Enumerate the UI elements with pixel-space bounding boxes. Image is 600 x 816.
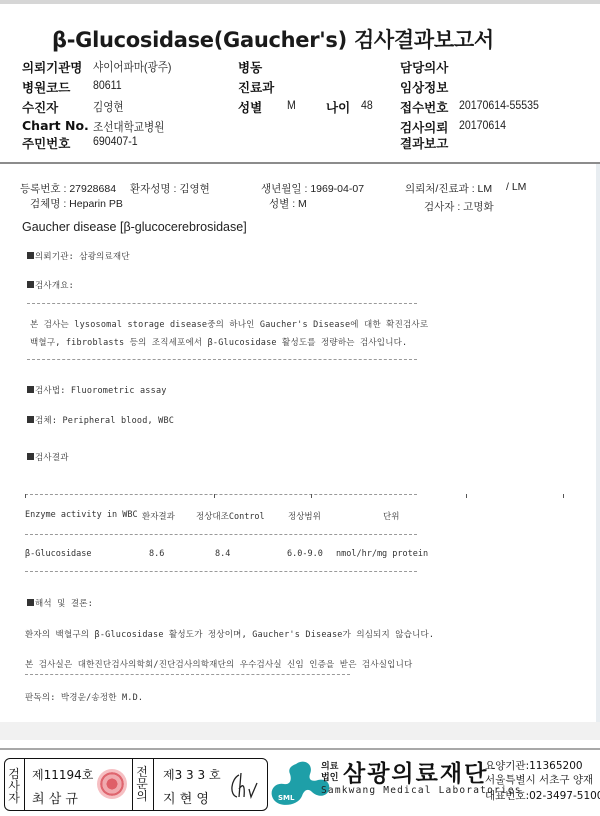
specimen-name: 검체명 : Heparin PB — [30, 196, 123, 211]
footer-divider — [0, 748, 600, 750]
specialist-label-text: 전문의 — [136, 766, 148, 802]
report-footer: 검사자 제11194호 최 삼 규 전문의 제3 3 3 호 지 현 영 SML… — [0, 748, 600, 816]
bullet-square-icon — [27, 252, 34, 259]
col-header-normal-control: 정상대조Control — [196, 510, 265, 522]
report-panel: 등록번호 : 27928684 환자성명 : 김영현 생년월일 : 1969-0… — [0, 164, 600, 748]
referral-department: 의뢰처/진료과 : LM — [405, 181, 492, 196]
age-label: 나이 — [326, 98, 350, 116]
org-name: 삼광의료재단 — [343, 755, 488, 788]
section-results-heading: 검사결과 — [27, 451, 69, 463]
header-row-2: 병원코드 80611 진료과 임상정보 — [0, 78, 600, 96]
table-tick — [214, 494, 215, 498]
report-header: β-Glucosidase(Gaucher's) 검사결과보고서 의뢰기관명 샤… — [0, 4, 600, 162]
chart-no-value: 조선대학교병원 — [93, 118, 164, 135]
section-results-heading-text: 검사결과 — [35, 453, 69, 463]
bullet-square-icon — [27, 599, 34, 606]
patient-sex: 성별 : M — [269, 196, 307, 211]
bullet-square-icon — [27, 386, 34, 393]
department-label: 진료과 — [238, 78, 274, 96]
page-title: β-Glucosidase(Gaucher's) 검사결과보고서 — [52, 24, 494, 54]
org-prefix: 의료 법인 — [321, 762, 338, 784]
institution-label: 의뢰기관명 — [22, 58, 82, 76]
table-tick — [311, 494, 312, 498]
section-overview-heading: 검사개요: — [27, 279, 74, 291]
dashed-divider — [25, 674, 350, 675]
table-header-border — [25, 534, 417, 535]
org-prefix-line1: 의료 — [321, 762, 338, 772]
section-specimen: 검체: Peripheral blood, WBC — [27, 414, 174, 426]
bullet-square-icon — [27, 416, 34, 423]
panel-right-border — [596, 164, 600, 724]
resident-no-value: 690407-1 — [93, 134, 138, 148]
examinee-label: 수진자 — [22, 98, 58, 116]
cell-normal-control: 8.4 — [215, 549, 230, 559]
doctor-label: 담당의사 — [400, 58, 448, 76]
ward-label: 병동 — [238, 58, 262, 76]
org-address: 서울특별시 서초구 양재 — [485, 772, 593, 787]
specialist-label-cell: 전문의 — [132, 759, 154, 810]
cell-enzyme: β-Glucosidase — [25, 549, 92, 559]
signature-box: 검사자 제11194호 최 삼 규 전문의 제3 3 3 호 지 현 영 — [4, 758, 268, 811]
col-header-normal-range: 정상범위 — [288, 510, 321, 522]
section-interpretation-heading: 해석 및 결론: — [27, 597, 93, 609]
table-top-border — [25, 494, 417, 495]
dashed-divider — [27, 303, 417, 304]
interpretation-line-1: 환자의 백혈구의 β-Glucosidase 활성도가 정상이며, Gauche… — [25, 628, 434, 640]
spacer — [5, 759, 136, 810]
signature-icon — [227, 771, 263, 801]
hospital-code-label: 병원코드 — [22, 78, 70, 96]
svg-text:SML: SML — [278, 794, 295, 802]
section-overview-heading-text: 검사개요: — [35, 281, 74, 291]
cell-patient-result: 8.6 — [149, 549, 164, 559]
referral-department-2: / LM — [506, 181, 526, 193]
table-tick — [25, 494, 26, 498]
overview-line-2: 백혈구, fibroblasts 등의 조직세포에서 β-Glucosidase… — [30, 336, 407, 348]
specialist-name: 지 현 영 — [163, 788, 209, 807]
tester-name: 검사자 : 고명화 — [424, 199, 494, 214]
bullet-square-icon — [27, 453, 34, 460]
header-row-1: 의뢰기관명 샤이어파마(광주) 병동 담당의사 — [0, 58, 600, 76]
accreditation-statement: 본 검사실은 대한진단검사의학회/진단검사의학재단의 우수검사실 신임 인증을 … — [25, 658, 412, 670]
section-interpretation-heading-text: 해석 및 결론: — [35, 599, 93, 609]
cell-unit: nmol/hr/mg protein — [336, 549, 428, 559]
dashed-divider — [27, 359, 417, 360]
org-phone: 대표번호:02-3497-5100 — [485, 788, 600, 803]
org-prefix-line2: 법인 — [321, 773, 338, 783]
section-method-text: 검사법: Fluorometric assay — [35, 386, 167, 396]
section-specimen-text: 검체: Peripheral blood, WBC — [35, 416, 174, 426]
result-report-label: 결과보고 — [400, 134, 448, 152]
col-header-patient-result: 환자결과 — [142, 510, 175, 522]
table-tick — [563, 494, 564, 498]
header-row-3: 수진자 김영현 성별 M 나이 48 접수번호 20170614-55535 — [0, 98, 600, 116]
section-method: 검사법: Fluorometric assay — [27, 384, 167, 396]
institution-value: 샤이어파마(광주) — [93, 58, 171, 75]
overview-line-1: 본 검사는 lysosomal storage disease중의 하나인 Ga… — [30, 318, 428, 330]
section-institution-text: 의뢰기관: 삼광의료재단 — [35, 252, 130, 262]
specialist-license: 제3 3 3 호 — [163, 766, 221, 783]
table-bottom-border — [25, 571, 417, 572]
receipt-no-label: 접수번호 — [400, 98, 448, 116]
receipt-no-value: 20170614-55535 — [459, 98, 539, 112]
hospital-code-value: 80611 — [93, 78, 122, 92]
sex-label: 성별 — [238, 98, 262, 116]
resident-no-label: 주민번호 — [22, 134, 70, 152]
col-header-unit: 단위 — [383, 510, 399, 522]
test-title: Gaucher disease [β-glucocerebrosidase] — [22, 220, 247, 234]
bullet-square-icon — [27, 281, 34, 288]
section-institution: 의뢰기관: 삼광의료재단 — [27, 250, 130, 262]
reading-physician: 판독의: 박경운/송정한 M.D. — [25, 691, 143, 703]
sex-value: M — [287, 98, 296, 112]
age-value: 48 — [361, 98, 373, 112]
table-tick — [466, 494, 467, 498]
test-request-value: 20170614 — [459, 118, 506, 132]
panel-bottom-strip — [0, 722, 600, 740]
examinee-value: 김영현 — [93, 98, 124, 115]
birth-date: 생년월일 : 1969-04-07 — [261, 181, 364, 196]
header-row-5: 주민번호 690407-1 결과보고 — [0, 134, 600, 152]
cell-normal-range: 6.0-9.0 — [287, 549, 323, 559]
care-institution-number: 요양기관:11365200 — [485, 758, 583, 773]
specialist-vertical-label: 전문의 — [136, 766, 150, 802]
clinical-info-label: 임상정보 — [400, 78, 448, 96]
registration-number: 등록번호 : 27928684 — [20, 181, 116, 196]
chart-no-label: Chart No. — [22, 118, 89, 133]
col-header-enzyme: Enzyme activity in WBC — [25, 510, 138, 520]
patient-name: 환자성명 : 김영현 — [130, 181, 210, 196]
